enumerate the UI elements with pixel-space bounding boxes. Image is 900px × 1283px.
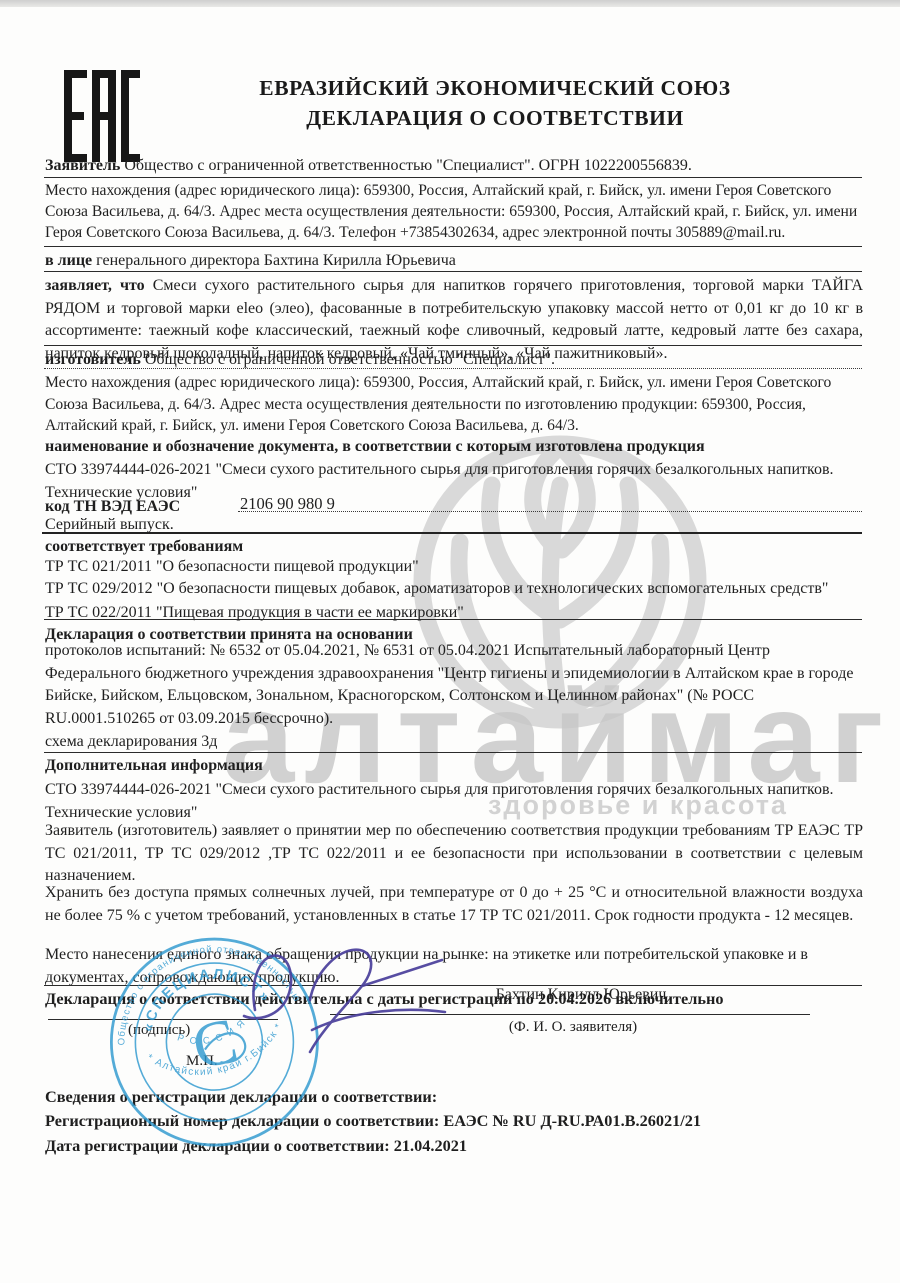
regulation-item: ТР ТС 029/2012 "О безопасности пищевых д…	[45, 578, 863, 601]
divider	[44, 271, 862, 272]
applicant-text: Общество с ограниченной ответственностью…	[124, 157, 692, 174]
divider	[44, 345, 862, 346]
manufacturer-text: Общество с ограниченной ответственностью…	[145, 351, 555, 368]
in-person-label: в лице	[45, 252, 92, 269]
basis-paragraph: протоколов испытаний: № 6532 от 05.04.20…	[45, 640, 863, 730]
declares-label: заявляет, что	[45, 277, 145, 294]
manufacturer-address: Место нахождения (адрес юридического лиц…	[45, 372, 863, 437]
applicant-label: Заявитель	[45, 157, 120, 174]
in-person-line: в лице генерального директора Бахтина Ки…	[45, 250, 863, 273]
additional-paragraph-2: Хранить без доступа прямых солнечных луч…	[45, 882, 863, 927]
handwritten-signature	[230, 935, 490, 1070]
regulation-item: ТР ТС 022/2011 "Пищевая продукция в част…	[45, 602, 863, 625]
doc-line1: СТО 33974444-026-2021 "Смеси сухого раст…	[45, 459, 863, 482]
divider-dotted	[238, 511, 862, 512]
registration-number-value: ЕАЭС № RU Д-RU.РА01.В.26021/21	[443, 1111, 701, 1130]
divider	[44, 619, 862, 620]
applicant-line: Заявитель Общество с ограниченной ответс…	[45, 155, 863, 178]
doc-heading: наименование и обозначение документа, в …	[45, 436, 863, 459]
applicant-address: Место нахождения (адрес юридического лиц…	[45, 180, 863, 243]
manufacturer-label: изготовитель	[45, 351, 141, 368]
scheme-line: схема декларирования 3д	[45, 731, 863, 754]
registration-date-value: 21.04.2021	[394, 1136, 467, 1155]
divider-dotted	[44, 368, 862, 369]
additional-line1: СТО 33974444-026-2021 "Смеси сухого раст…	[45, 779, 863, 802]
declaration-document: алтаймаг здоровье и красота ЕВРАЗИЙСКИЙ …	[0, 0, 900, 1283]
regulation-item: ТР ТС 021/2011 "О безопасности пищевой п…	[45, 556, 863, 579]
page-title-line1: ЕВРАЗИЙСКИЙ ЭКОНОМИЧЕСКИЙ СОЮЗ	[130, 76, 860, 101]
additional-paragraph-1: Заявитель (изготовитель) заявляет о прин…	[45, 820, 863, 888]
in-person-text: генерального директора Бахтина Кирилла Ю…	[96, 252, 456, 269]
page-title-line2: ДЕКЛАРАЦИЯ О СООТВЕТСТВИИ	[130, 106, 860, 131]
divider	[44, 246, 862, 247]
additional-heading: Дополнительная информация	[45, 755, 863, 778]
eac-logo-icon	[64, 70, 140, 162]
divider	[42, 532, 862, 534]
divider	[44, 177, 862, 178]
scan-edge	[0, 0, 900, 7]
divider	[44, 752, 862, 753]
